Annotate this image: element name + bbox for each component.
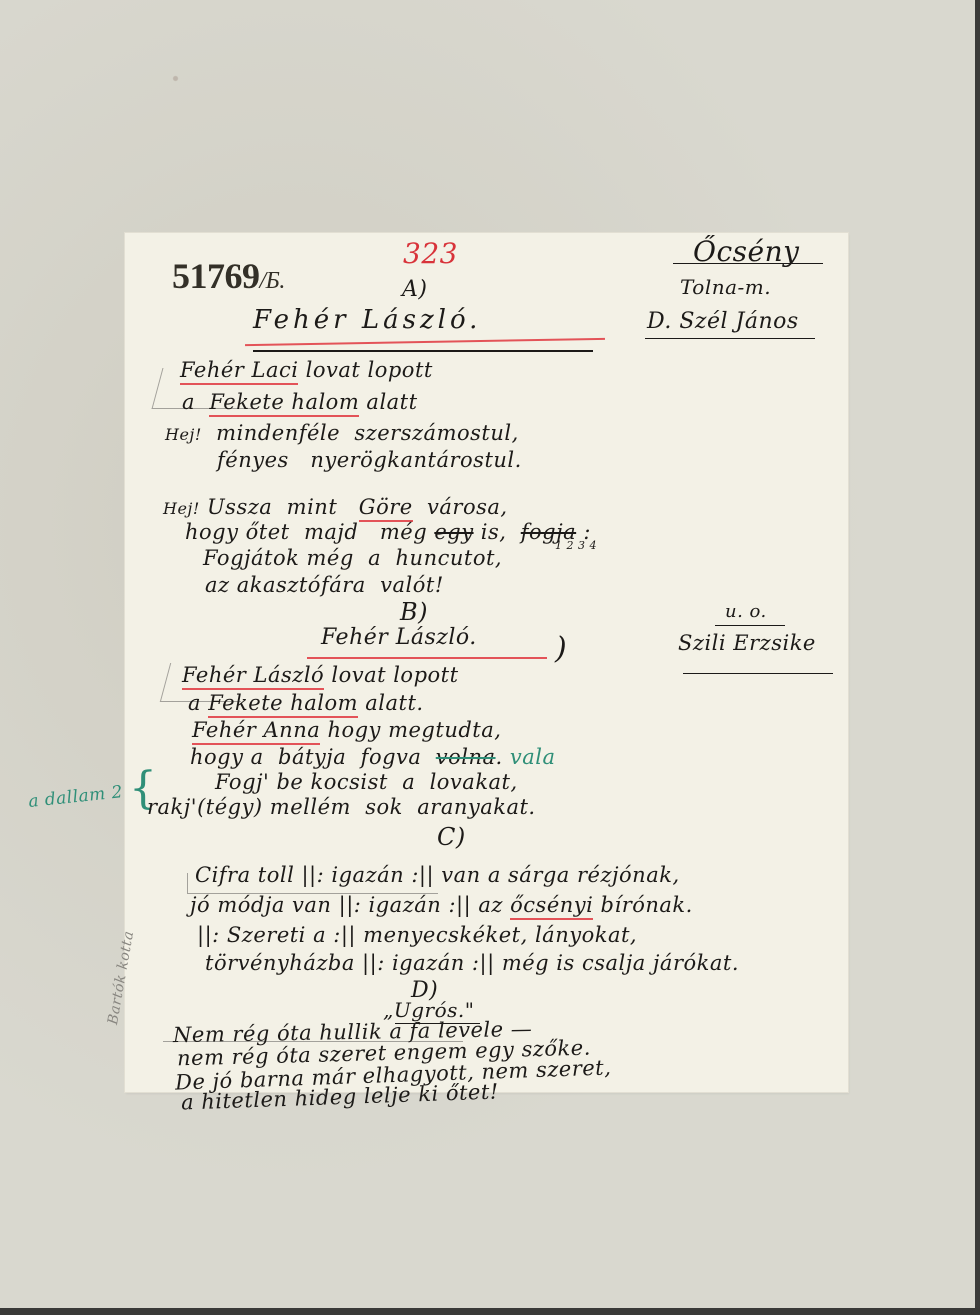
section-a-title: Fehér László. (253, 305, 481, 335)
catalog-stamp: 51769/Б. (172, 255, 285, 297)
title-b-red-underline (307, 657, 547, 659)
page-number: 323 (403, 237, 458, 270)
title-a-red-underline (245, 338, 605, 346)
b-line-6: rakj'(tégy) mellém sok aranyakat. (147, 795, 536, 819)
village-underline (673, 263, 823, 264)
b-line-3: Fehér Anna hogy megtudta, (192, 718, 501, 742)
c-line-2: jó módja van ||: igazán :|| az őcsényi b… (190, 893, 693, 917)
a-line-2: a Fekete halom alatt (182, 390, 418, 414)
mount-edge-bottom (0, 1308, 980, 1315)
source-above-underline (715, 625, 785, 626)
section-b-title: Fehér László. (321, 625, 477, 650)
title-a-black-underline (253, 350, 593, 352)
a-line-7: Fogjátok még a huncutot, (203, 546, 502, 570)
informant-underline (645, 338, 815, 339)
section-c-letter: C) (437, 823, 466, 851)
title-b-brace: ) (555, 631, 567, 666)
section-a-letter: A) (402, 277, 427, 302)
a-line-5: Hej! Ussza mint Göre városa, (163, 495, 508, 519)
c-line-1: Cifra toll ||: igazán :|| van a sárga ré… (195, 863, 680, 887)
manuscript-card: 51769/Б. 323 A) Fehér László. Őcsény Tol… (125, 233, 848, 1092)
catalog-number: 51769 (172, 256, 260, 296)
music-marks: 1 2 3 4 (555, 539, 597, 552)
a-line-4: fényes nyerögkantárostul. (217, 448, 522, 472)
b-line-2: a Fekete halom alatt. (188, 691, 424, 715)
catalog-suffix: /Б. (260, 268, 285, 294)
b-line-4: hogy a bátyja fogva volna. vala (190, 745, 556, 769)
a-line-8: az akasztófára valót! (205, 573, 444, 597)
a-line-3: Hej! mindenféle szerszámostul, (165, 421, 519, 445)
location-county: Tolna-m. (680, 275, 771, 299)
b-line-1: Fehér László lovat lopott (182, 663, 459, 687)
section-b-letter: B) (400, 598, 428, 626)
green-correction: vala (510, 745, 556, 769)
section-b-source-name: Szili Erzsike (678, 631, 816, 655)
a-line-1: Fehér Laci lovat lopott (180, 358, 433, 382)
c-line-4: törvényházba ||: igazán :|| még is csalj… (205, 951, 739, 975)
source-name-underline (683, 673, 833, 674)
a-line-6: hogy őtet majd még egy is, fogja : (185, 520, 591, 544)
mount-edge-right (975, 0, 980, 1315)
b-line-5: Fogj' be kocsist a lovakat, (215, 770, 518, 794)
c-line-3: ||: Szereti a :|| menyecskéket, lányokat… (197, 923, 637, 947)
informant-name: D. Szél János (647, 309, 799, 334)
section-b-source-above: u. o. (725, 601, 767, 622)
